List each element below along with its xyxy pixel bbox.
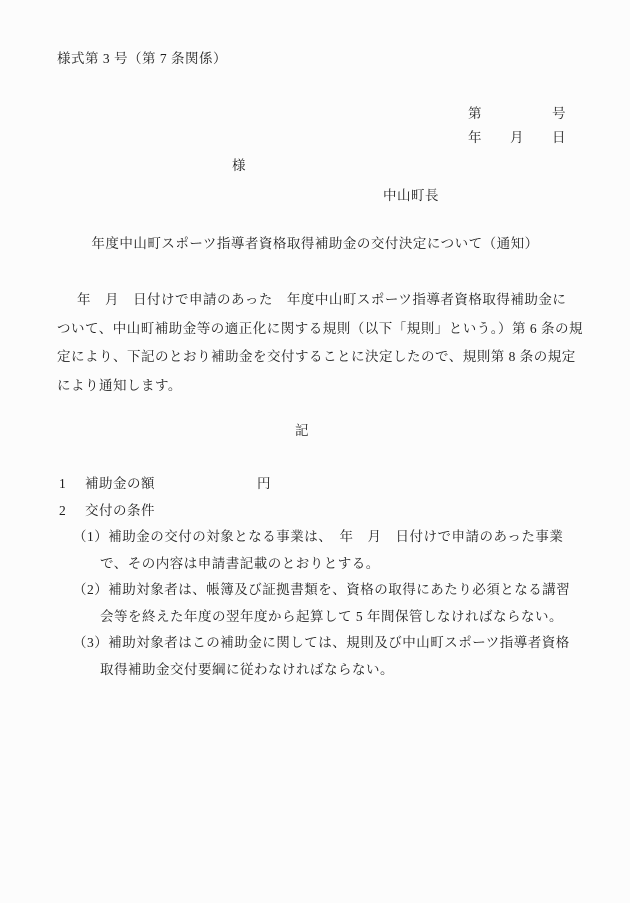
condition-1-line-1: （1）補助金の交付の対象となる事業は、 年 月 日付けで申請のあった事業: [57, 524, 597, 551]
item-grant-conditions: 2交付の条件: [57, 498, 597, 525]
body-line-4: により通知します。: [57, 372, 597, 401]
item-label: 交付の条件: [85, 503, 155, 518]
document-page: 様式第 3 号（第 7 条関係） 第 号 年 月 日 様 中山町長 年度中山町ス…: [0, 0, 630, 903]
item-subsidy-amount: 1補助金の額円: [57, 471, 597, 498]
body-line-1: 年 月 日付けで申請のあった 年度中山町スポーツ指導者資格取得補助金に: [57, 286, 597, 315]
condition-1-line-2: で、その内容は申請書記載のとおりとする。: [57, 551, 597, 578]
sender-title: 中山町長: [383, 189, 439, 203]
items-list: 1補助金の額円 2交付の条件 （1）補助金の交付の対象となる事業は、 年 月 日…: [57, 471, 597, 683]
item-unit-yen: 円: [257, 476, 271, 491]
body-line-2: ついて、中山町補助金等の適正化に関する規則（以下「規則」という。）第 6 条の規: [57, 315, 597, 344]
record-marker: 記: [57, 424, 547, 438]
body-paragraph: 年 月 日付けで申請のあった 年度中山町スポーツ指導者資格取得補助金に ついて、…: [57, 286, 597, 400]
issue-number-line: 第 号: [468, 107, 566, 121]
addressee-honorific: 様: [232, 159, 246, 173]
condition-3-line-1: （3）補助対象者はこの補助金に関しては、規則及び中山町スポーツ指導者資格: [57, 630, 597, 657]
item-label: 補助金の額: [85, 476, 155, 491]
item-number: 1: [59, 471, 85, 498]
item-number: 2: [59, 498, 85, 525]
condition-2-line-1: （2）補助対象者は、帳簿及び証拠書類を、資格の取得にあたり必須となる講習: [57, 577, 597, 604]
condition-3-line-2: 取得補助金交付要綱に従わなければならない。: [57, 657, 597, 684]
condition-2-line-2: 会等を終えた年度の翌年度から起算して 5 年間保管しなければならない。: [57, 604, 597, 631]
form-style-label: 様式第 3 号（第 7 条関係）: [57, 52, 227, 66]
issue-date-line: 年 月 日: [468, 131, 566, 145]
body-line-3: 定により、下記のとおり補助金を交付することに決定したので、規則第 8 条の規定: [57, 343, 597, 372]
subject-title: 年度中山町スポーツ指導者資格取得補助金の交付決定について（通知）: [57, 237, 573, 251]
